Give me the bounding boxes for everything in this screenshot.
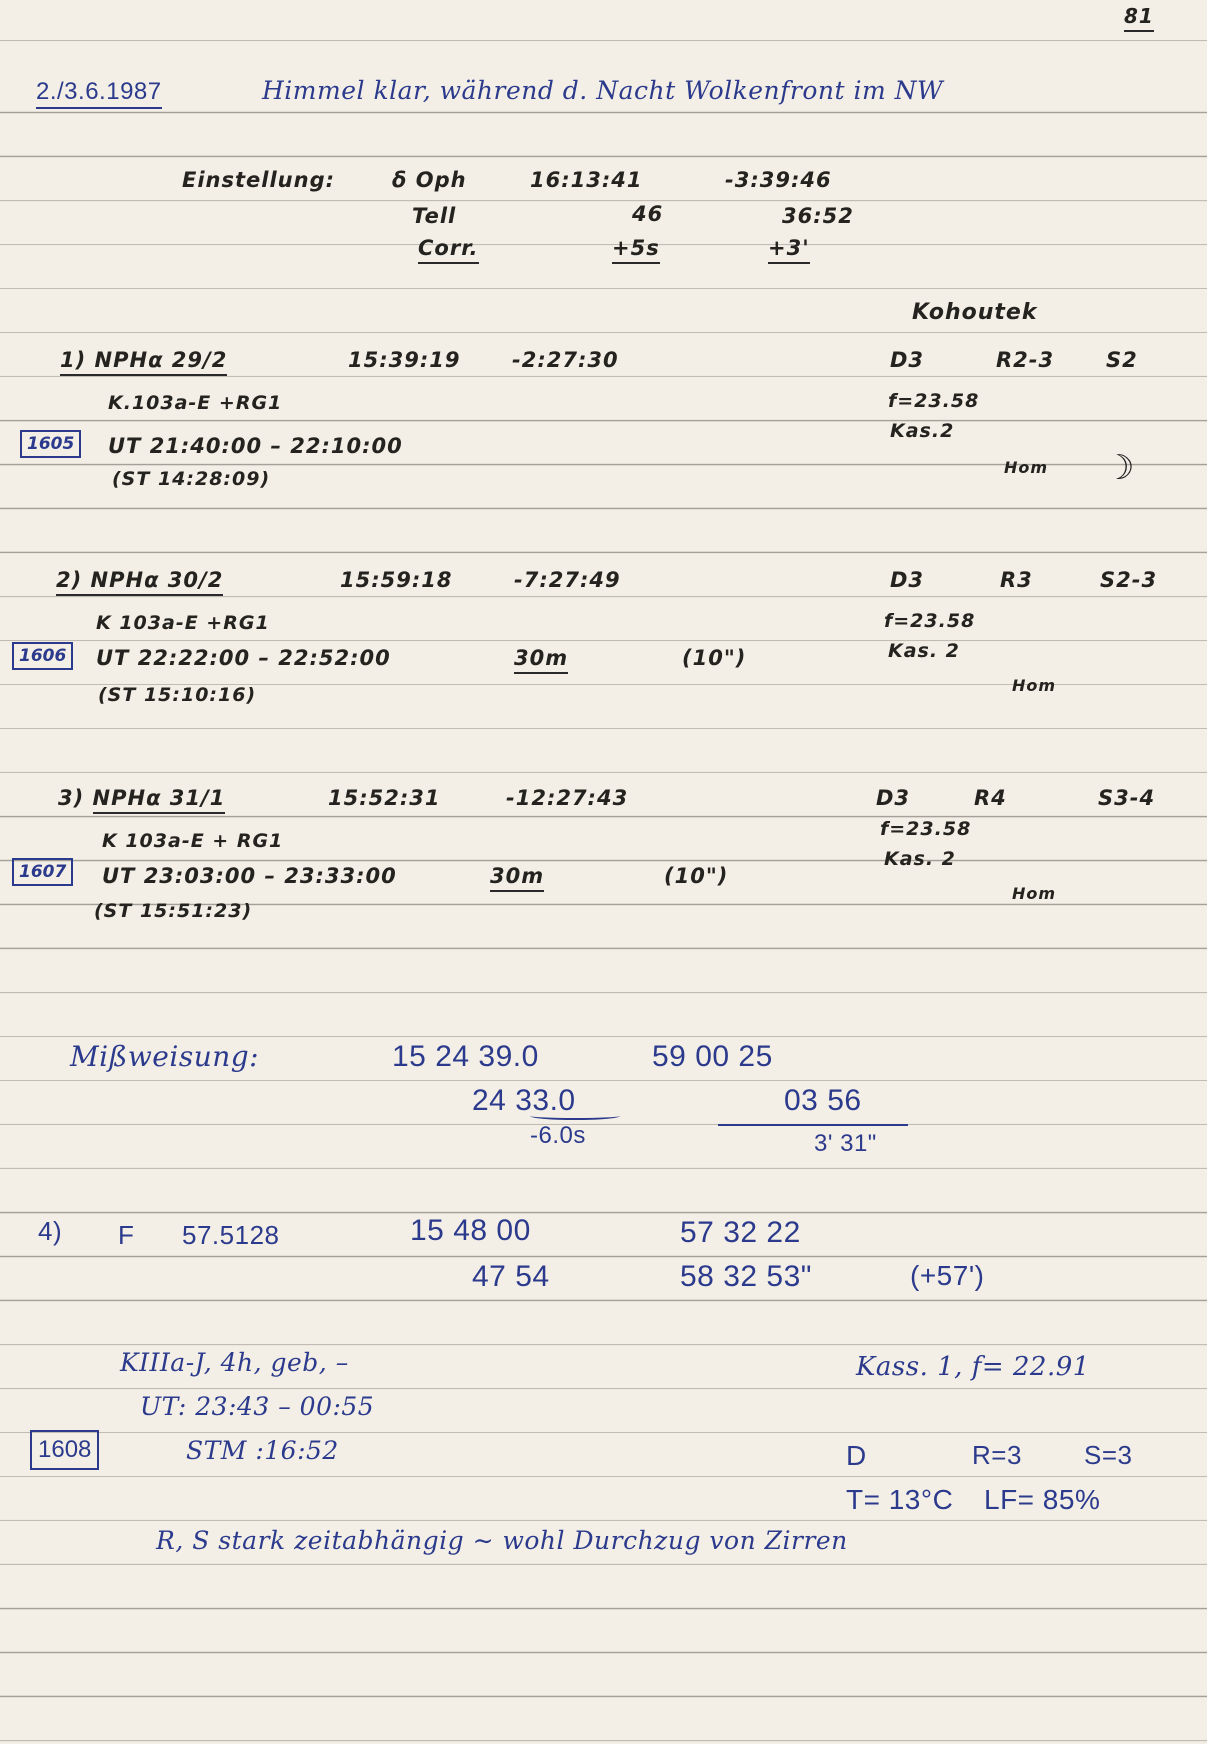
exposure-1-heading: 1) NPHα 29/2: [60, 348, 227, 372]
item4-seeing: D: [846, 1440, 867, 1472]
item4-ra-row2: 47 54: [472, 1260, 550, 1294]
exposure-3-heading: 3) NPHα 31/1: [58, 786, 225, 810]
setting-label: Einstellung:: [182, 168, 335, 192]
setting-ra: 16:13:41: [530, 168, 642, 192]
exposure-3-transparency: R4: [974, 786, 1007, 810]
exposure-1-seeing: D3: [890, 348, 924, 372]
plate-number-1605: 1605: [20, 430, 81, 458]
exposure-3-interval: (10"): [664, 864, 728, 888]
exposure-2-initials: Hom: [1012, 676, 1056, 695]
item4-humidity: LF= 85%: [984, 1484, 1100, 1516]
item4-ra-row1: 15 48 00: [410, 1214, 531, 1248]
misweisung-dec-row2: 03 56: [784, 1084, 862, 1118]
item4-ut: UT: 23:43 – 00:55: [140, 1392, 374, 1421]
exposure-3-emulsion: K 103a-E + RG1: [102, 830, 283, 852]
exposure-1-scintillation: S2: [1106, 348, 1138, 372]
exposure-3-ra: 15:52:31: [328, 786, 440, 810]
exposure-3-ut: UT 23:03:00 – 23:33:00: [102, 864, 397, 888]
exposure-3-focus: f=23.58: [880, 818, 971, 840]
exposure-1-ut: UT 21:40:00 – 22:10:00: [108, 434, 403, 458]
item4-dec-row1: 57 32 22: [680, 1216, 801, 1250]
item4-index: 4): [38, 1216, 62, 1247]
setting-ref-dec: 36:52: [782, 204, 854, 228]
exposure-1-focus: f=23.58: [888, 390, 979, 412]
exposure-3-initials: Hom: [1012, 884, 1056, 903]
setting-target: δ Oph: [392, 168, 467, 192]
exposure-1-transparency: R2-3: [996, 348, 1054, 372]
plate-number-1606: 1606: [12, 642, 73, 670]
exposure-2-transparency: R3: [1000, 568, 1033, 592]
weather-note: Himmel klar, während d. Nacht Wolkenfron…: [262, 76, 943, 105]
setting-corr-label: Corr.: [418, 236, 479, 260]
setting-ref-label: Tell: [412, 204, 456, 228]
exposure-1-ra: 15:39:19: [348, 348, 460, 372]
exposure-1-initials: Hom: [1004, 458, 1048, 477]
item4-label: F: [118, 1220, 134, 1251]
setting-corr-dec: +3': [768, 236, 810, 260]
setting-ref-ra: 46: [632, 202, 663, 226]
exposure-2-emulsion: K 103a-E +RG1: [96, 612, 270, 634]
exposure-2-scintillation: S2-3: [1100, 568, 1157, 592]
exposure-2-heading: 2) NPHα 30/2: [56, 568, 223, 592]
item4-dec-row2: 58 32 53": [680, 1260, 812, 1294]
item4-emulsion: KIIIa-J, 4h, geb, –: [120, 1348, 349, 1377]
exposure-3-seeing: D3: [876, 786, 910, 810]
exposure-1-emulsion: K.103a-E +RG1: [108, 392, 282, 414]
exposure-2-duration: 30m: [514, 646, 568, 670]
setting-dec: -3:39:46: [725, 168, 832, 192]
exposure-3-dec: -12:27:43: [506, 786, 628, 810]
exposure-3-scintillation: S3-4: [1098, 786, 1155, 810]
observer-label: Kohoutek: [912, 300, 1037, 325]
misweisung-ra-row1: 15 24 39.0: [392, 1040, 539, 1074]
exposure-2-ut: UT 22:22:00 – 22:52:00: [96, 646, 391, 670]
item4-st: STM :16:52: [186, 1436, 339, 1465]
misweisung-label: Mißweisung:: [70, 1040, 259, 1073]
misweisung-dec-row1: 59 00 25: [652, 1040, 773, 1074]
misweisung-ra-diff: -6.0s: [530, 1122, 586, 1150]
entry-date: 2./3.6.1987: [36, 78, 162, 106]
page-number: 81: [1124, 4, 1154, 28]
item4-dec-note: (+57'): [910, 1260, 985, 1292]
exposure-2-cassette: Kas. 2: [888, 640, 960, 662]
item4-transparency: R=3: [972, 1440, 1022, 1471]
item4-object: 57.5128: [182, 1220, 279, 1251]
item4-cassette: Kass. 1, f= 22.91: [856, 1352, 1090, 1382]
exposure-3-duration: 30m: [490, 864, 544, 888]
exposure-3-st: (ST 15:51:23): [94, 900, 252, 922]
exposure-3-cassette: Kas. 2: [884, 848, 956, 870]
exposure-1-st: (ST 14:28:09): [112, 468, 270, 490]
exposure-2-dec: -7:27:49: [514, 568, 621, 592]
plate-number-1608: 1608: [30, 1430, 99, 1470]
plate-number-1607: 1607: [12, 858, 73, 886]
item4-remark: R, S stark zeitabhängig ∼ wohl Durchzug …: [156, 1526, 848, 1555]
moon-icon: ☽: [1104, 448, 1134, 488]
exposure-1-dec: -2:27:30: [512, 348, 619, 372]
exposure-2-seeing: D3: [890, 568, 924, 592]
item4-scintillation: S=3: [1084, 1440, 1133, 1471]
exposure-2-ra: 15:59:18: [340, 568, 452, 592]
item4-temperature: T= 13°C: [846, 1484, 953, 1516]
misweisung-dec-diff: 3' 31": [814, 1130, 877, 1158]
exposure-1-cassette: Kas.2: [890, 420, 954, 442]
misweisung-dec-sum-line: [718, 1124, 908, 1126]
exposure-2-st: (ST 15:10:16): [98, 684, 256, 706]
exposure-2-focus: f=23.58: [884, 610, 975, 632]
exposure-2-interval: (10"): [682, 646, 746, 670]
misweisung-ra-brace: [530, 1112, 620, 1120]
setting-corr-ra: +5s: [612, 236, 660, 260]
